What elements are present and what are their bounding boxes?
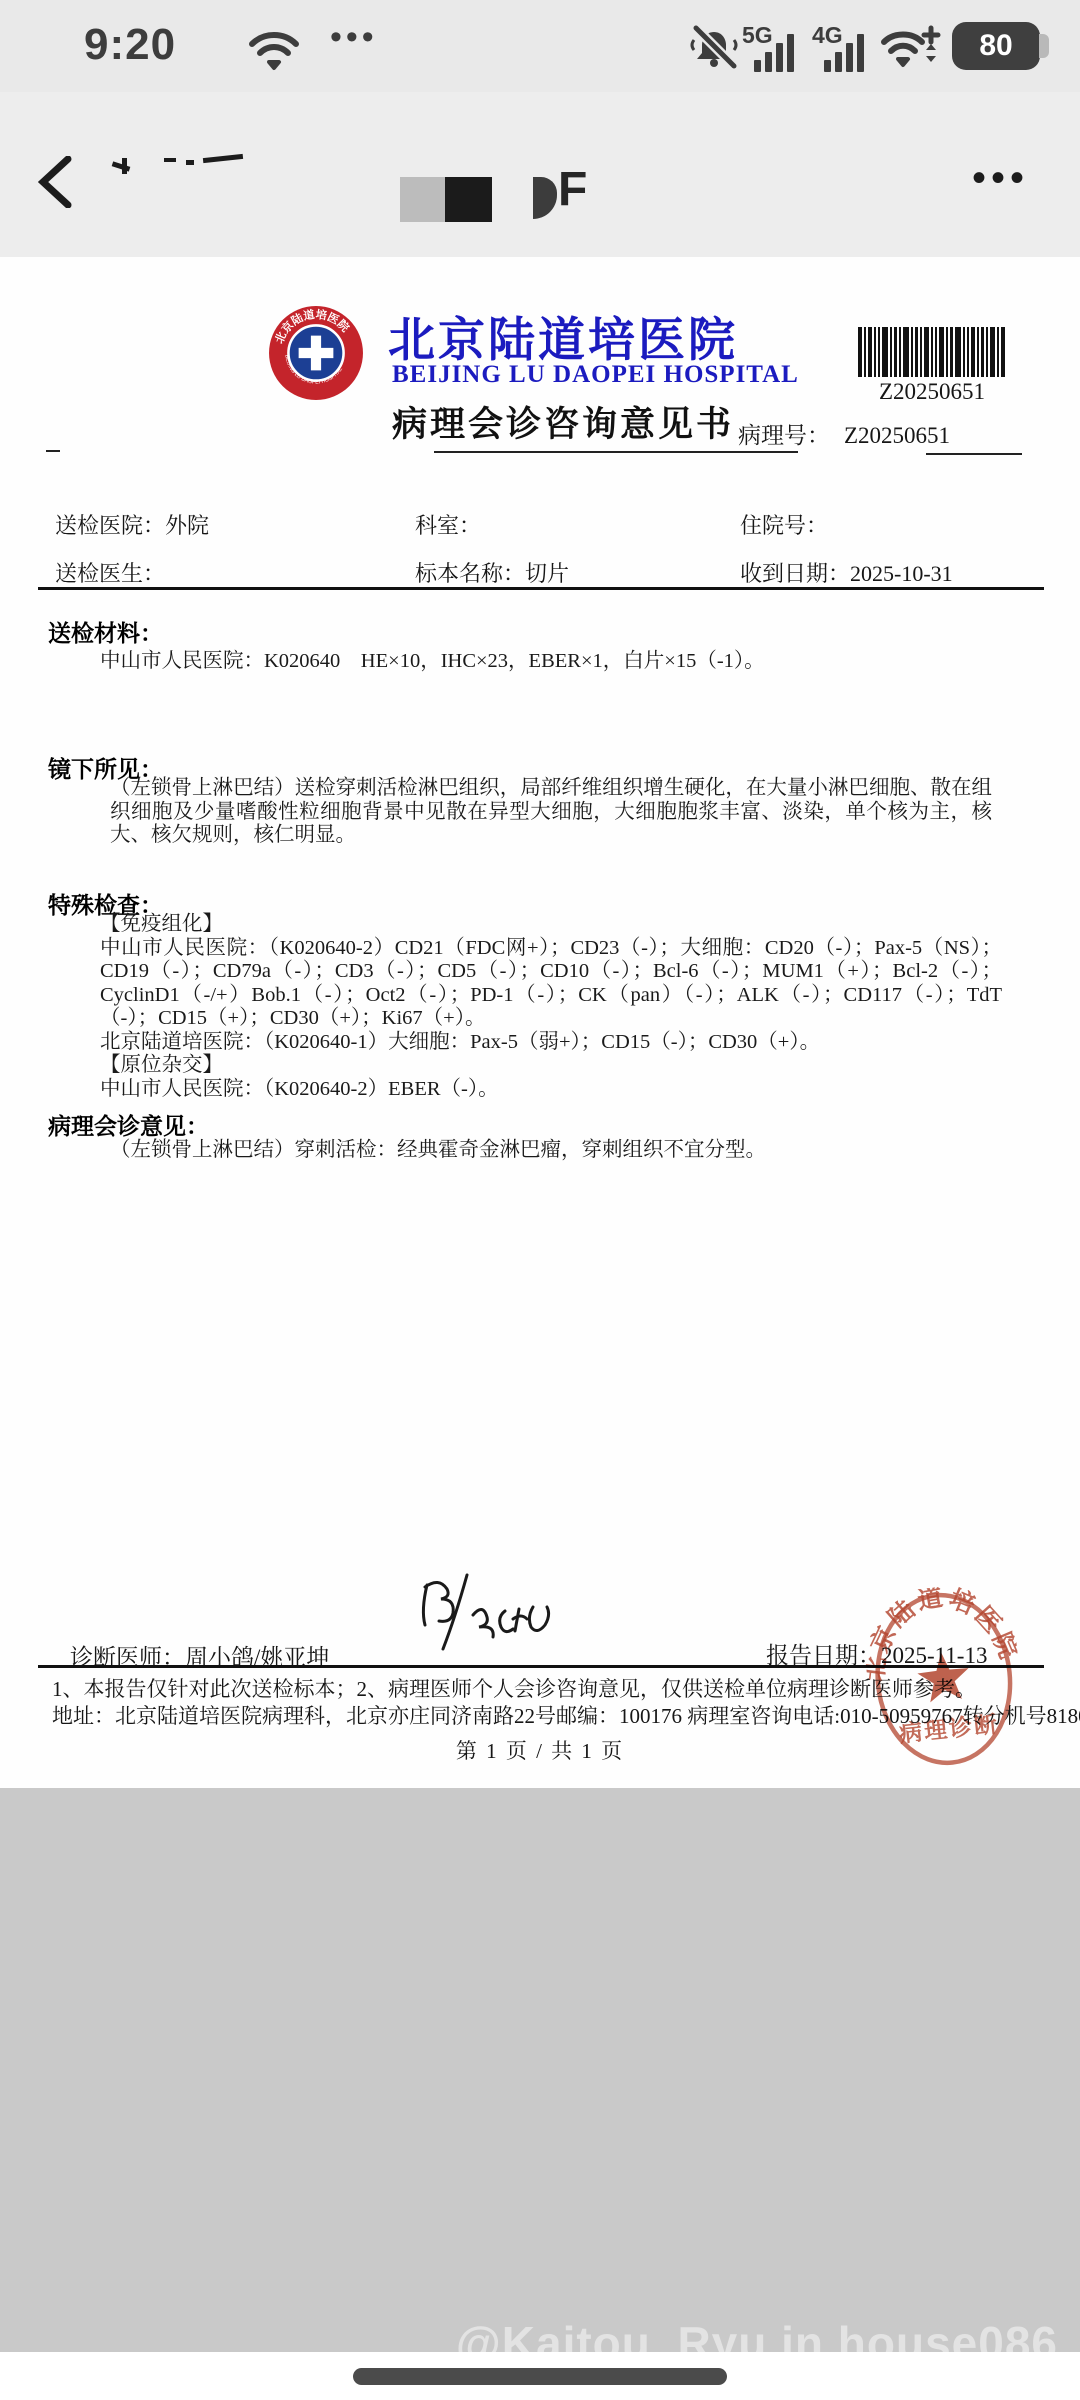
doctor-signature xyxy=(415,1573,580,1658)
redacted-title-mark xyxy=(186,160,194,165)
hospital-seal-stamp: 北京陆道培医院 病理诊断 xyxy=(859,1580,1030,1782)
svg-text:病理诊断: 病理诊断 xyxy=(898,1711,1000,1747)
field-sending-hospital: 送检医院：外院 xyxy=(55,509,209,540)
barcode xyxy=(858,327,1006,382)
section-heading-materials: 送检材料： xyxy=(48,615,163,648)
signal-bars-icon xyxy=(824,34,864,72)
pathology-report-page[interactable]: 北京陆道培医院 BEIJING LU DAOPEI HOSPITAL 北京陆道培… xyxy=(0,257,1080,1788)
ish-results: 中山市人民医院：（K020640-2）EBER（-）。 xyxy=(100,1078,1002,1102)
section-heading-opinion: 病理会诊意见： xyxy=(48,1108,209,1141)
field-sending-doctor: 送检医生： xyxy=(55,557,165,588)
back-button[interactable] xyxy=(38,156,72,208)
pathology-number-label: 病理号： xyxy=(738,423,830,448)
ish-header: 【原位杂交】 xyxy=(100,1054,1002,1078)
clock: 9:20 xyxy=(84,20,176,70)
hospital-logo: 北京陆道培医院 BEIJING LU DAOPEI HOSPITAL xyxy=(268,305,364,406)
wifi-icon xyxy=(248,28,300,77)
field-inpatient-no: 住院号： xyxy=(740,509,828,540)
materials-content: 中山市人民医院：K020640 HE×10，IHC×23，EBER×1，白片×1… xyxy=(100,650,1040,674)
file-type-glyph xyxy=(533,177,557,219)
barcode-value: Z20250651 xyxy=(858,379,1006,405)
signal-4g: 4G xyxy=(812,26,882,74)
battery-percent: 80 xyxy=(979,29,1012,62)
hospital-name-en: BEIJING LU DAOPEI HOSPITAL xyxy=(392,361,799,389)
notification-overflow-dots: ••• xyxy=(330,18,378,57)
section-divider xyxy=(38,587,1044,590)
disclaimer-note: 1、本报告仅针对此次送检标本；2、病理医师个人会诊咨询意见，仅供送检单位病理诊断… xyxy=(52,1673,976,1703)
more-options-button[interactable]: ••• xyxy=(972,156,1029,201)
redacted-title-mark xyxy=(112,161,131,171)
phone-screen: 9:20 ••• 5G 4G xyxy=(0,0,1080,2400)
field-specimen-name: 标本名称：切片 xyxy=(415,557,569,588)
file-type-letter: F xyxy=(558,162,587,217)
ihc-results: 中山市人民医院：（K020640-2）CD21（FDC网+）；CD23（-）；大… xyxy=(100,937,1002,1031)
watermark-text: @Kaitou_Ryu in house086 xyxy=(456,2316,1058,2352)
signal-5g: 5G xyxy=(742,26,812,74)
report-title: 病理会诊咨询意见书 xyxy=(392,397,734,447)
field-received-date: 收到日期：2025-10-31 xyxy=(740,557,953,588)
redacted-title-mark xyxy=(122,158,127,174)
opinion-content: （左锁骨上淋巴结）穿刺活检：经典霍奇金淋巴瘤，穿刺组织不宜分型。 xyxy=(110,1139,1000,1163)
pathology-number-underline xyxy=(926,453,1022,455)
signal-bars-icon xyxy=(754,34,794,72)
redacted-title-mark xyxy=(164,158,176,162)
redacted-title-mark xyxy=(203,154,243,163)
viewer-toolbar: F ••• xyxy=(0,92,1080,257)
ihc-results-ludaopei: 北京陆道培医院：（K020640-1）大细胞：Pax-5（弱+）；CD15（-）… xyxy=(100,1031,1002,1055)
status-bar: 9:20 ••• 5G 4G xyxy=(0,0,1080,92)
pathology-number: 病理号：Z20250651 xyxy=(738,417,950,450)
document-thumbnail-right xyxy=(445,177,492,222)
gesture-bar-area xyxy=(0,2352,1080,2400)
page-background-below-document: @Kaitou_Ryu in house086 xyxy=(0,1788,1080,2352)
microscopy-content: （左锁骨上淋巴结）送检穿刺活检淋巴组织，局部纤维组织增生硬化，在大量小淋巴细胞、… xyxy=(110,777,992,848)
battery-indicator: 80 xyxy=(952,22,1040,70)
hotspot-icon xyxy=(880,24,942,77)
hospital-name-cn: 北京陆道培医院 xyxy=(388,303,738,370)
header-underline xyxy=(434,451,798,453)
ihc-header: 【免疫组化】 xyxy=(100,913,1002,937)
line-fragment xyxy=(46,450,60,452)
gesture-navigation-pill[interactable] xyxy=(353,2368,727,2385)
special-exam-content: 【免疫组化】 中山市人民医院：（K020640-2）CD21（FDC网+）；CD… xyxy=(100,913,1002,1101)
pathology-number-value: Z20250651 xyxy=(844,423,950,448)
document-thumbnail-left xyxy=(400,177,445,222)
field-department: 科室： xyxy=(415,509,481,540)
